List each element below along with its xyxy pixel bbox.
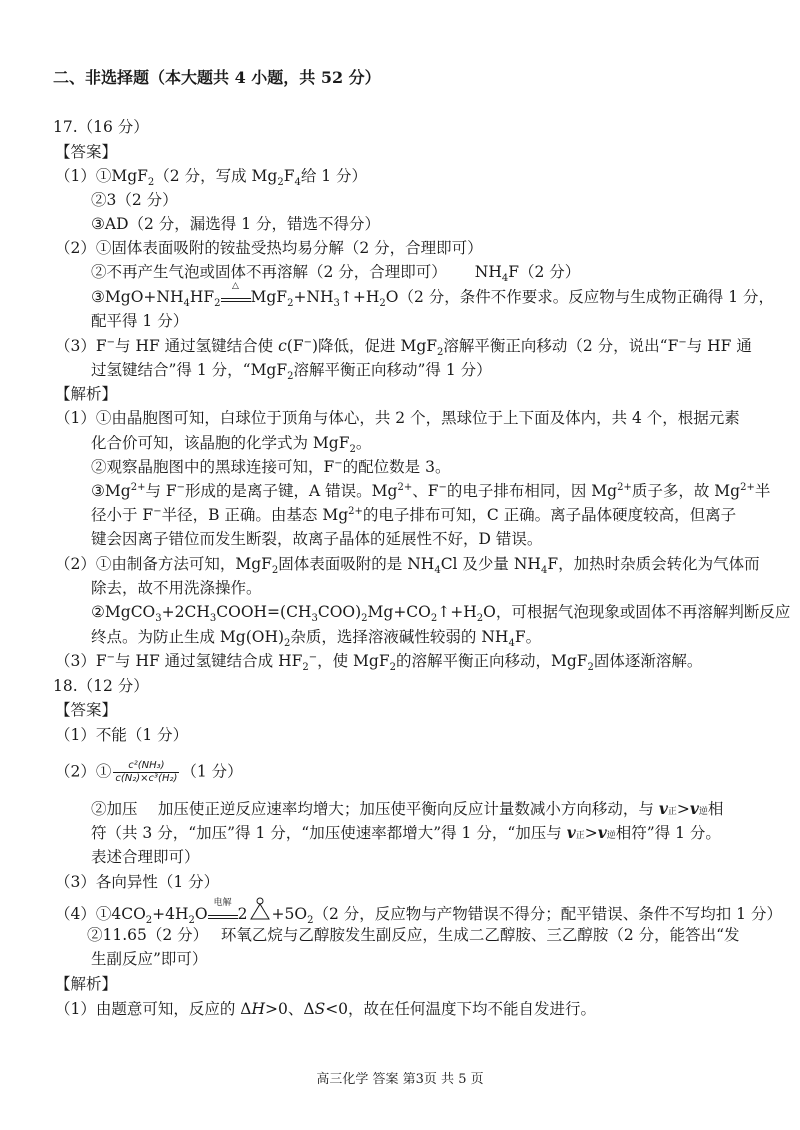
- q17-analysis-1-3-l3: 键会因离子错位而发生断裂，故离子晶体的延展性不好，D 错误。: [91, 528, 542, 550]
- q18-answer-1: （1）不能（1 分）: [55, 724, 188, 746]
- q17-analysis-2-2: ②MgCO3+2CH3COOH=(CH3COO)2Mg+CO2↑+H2O，可根据…: [91, 601, 790, 623]
- q18-answer-2-2-l2: 符（共 3 分，“加压”得 1 分，“加压使速率都增大”得 1 分，“加压与 v…: [91, 822, 721, 847]
- q17-analysis-1-3: ③Mg2+与 F−形成的是离子键，A 错误。Mg2+、F−的电子排布相同，因 M…: [91, 480, 770, 502]
- section-title: 二、非选择题（本大题共 4 小题，共 52 分）: [53, 67, 381, 89]
- q17-header: 17.（16 分）: [53, 116, 149, 138]
- q18-answer-2-2-l3: 表述合理即可）: [91, 846, 200, 868]
- electrolysis-condition: 电解: [208, 907, 238, 919]
- q18-answer-label: 【答案】: [55, 699, 117, 721]
- q17-answer-2-2: ②不再产生气泡或固体不再溶解（2 分，合理即可）NH4F（2 分）: [91, 261, 580, 283]
- q17-answer-2-3: ③MgO+NH4HF2△MgF2+NH3↑+H2O（2 分，条件不作要求。反应物…: [91, 286, 774, 308]
- q17-answer-label: 【答案】: [55, 141, 117, 163]
- ethylene-oxide-icon: [248, 897, 272, 923]
- q17-analysis-1-3-l2: 径小于 F−半径，B 正确。由基态 Mg2+的电子排布可知，C 正确。离子晶体硬…: [91, 504, 736, 526]
- q17-answer-3-cont: 过氢键结合”得 1 分，“MgF2溶解平衡正向移动”得 1 分）: [91, 359, 492, 381]
- q17-answer-1-2: ②3（2 分）: [91, 189, 178, 211]
- q17-analysis-2-2-cont: 终点。为防止生成 Mg(OH)2杂质，选择溶液碱性较弱的 NH4F。: [91, 626, 541, 648]
- equilibrium-constant-fraction: c²(NH₃)c(N₂)×c³(H₂): [113, 760, 179, 785]
- q17-answer-1-1: （1）①MgF2（2 分，写成 Mg2F4给 1 分）: [55, 165, 367, 187]
- q17-answer-2-1: （2）①固体表面吸附的铵盐受热均易分解（2 分，合理即可）: [55, 237, 483, 259]
- page-footer: 高三化学 答案 第3页 共 5 页: [0, 1068, 800, 1087]
- q18-answer-2-1: （2）①c²(NH₃)c(N₂)×c³(H₂)（1 分）: [55, 760, 243, 785]
- q18-answer-3: （3）各向异性（1 分）: [55, 871, 219, 893]
- q18-answer-4-1: （4）①4CO2+4H2O电解2+5O2（2 分，反应物与产物错误不得分；配平错…: [55, 897, 782, 925]
- q17-analysis-3: （3）F−与 HF 通过氢键结合成 HF2−，使 MgF2的溶解平衡正向移动，M…: [55, 650, 702, 672]
- q17-answer-2-3-cont: 配平得 1 分）: [91, 310, 188, 332]
- q18-analysis-label: 【解析】: [55, 973, 117, 995]
- q17-answer-1-3: ③AD（2 分，漏选得 1 分，错选不得分）: [91, 213, 380, 235]
- q18-answer-2-2: ②加压 加压使正逆反应速率均增大；加压使平衡向反应计量数减小方向移动，与 v正>…: [91, 798, 723, 823]
- q17-answer-3: （3）F−与 HF 通过氢键结合使 c(F−)降低，促进 MgF2溶解平衡正向移…: [55, 335, 752, 357]
- heat-condition: △: [221, 290, 251, 302]
- q17-analysis-1-2: ②观察晶胞图中的黑球连接可知，F−的配位数是 3。: [91, 456, 450, 478]
- q17-analysis-1-1: （1）①由晶胞图可知，白球位于顶角与体心，共 2 个，黑球位于上下面及体内，共 …: [55, 407, 740, 429]
- q18-answer-4-2-cont: 生副反应”即可）: [91, 948, 207, 970]
- q17-analysis-2-1-cont: 除去，故不用洗涤操作。: [91, 577, 262, 599]
- q18-answer-4-2: ②11.65（2 分） 环氧乙烷与乙醇胺发生副反应，生成二乙醇胺、三乙醇胺（2 …: [87, 924, 740, 946]
- q17-analysis-2-1: （2）①由制备方法可知，MgF2固体表面吸附的是 NH4Cl 及少量 NH4F，…: [55, 553, 760, 575]
- q18-header: 18.（12 分）: [53, 675, 149, 697]
- q18-analysis-1: （1）由题意可知，反应的 ΔH>0、ΔS<0，故在任何温度下均不能自发进行。: [55, 998, 596, 1020]
- q17-analysis-1-1-cont: 化合价可知，该晶胞的化学式为 MgF2。: [91, 432, 371, 454]
- q17-analysis-label: 【解析】: [55, 383, 117, 405]
